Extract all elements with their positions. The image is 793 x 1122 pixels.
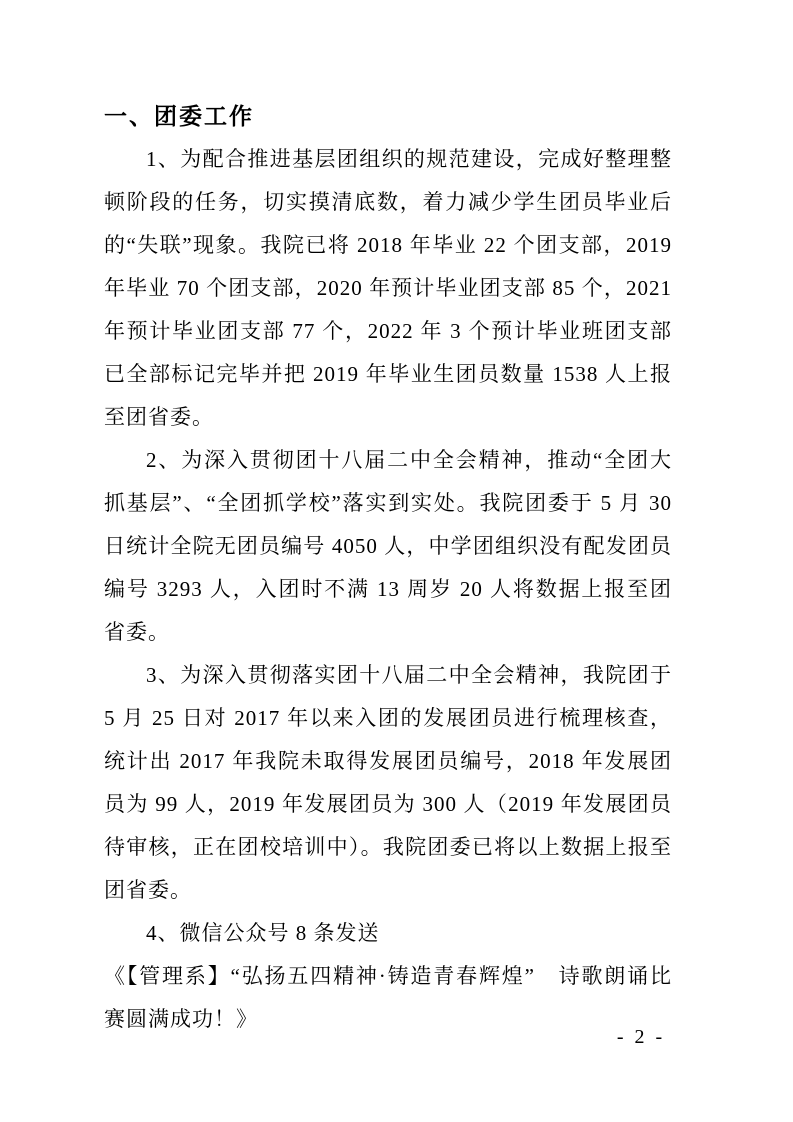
page-number: - 2 - xyxy=(608,1026,674,1048)
paragraph-2: 2、为深入贯彻团十八届二中全会精神，推动“全团大抓基层”、“全团抓学校”落实到实… xyxy=(104,439,672,654)
paragraph-3: 3、为深入贯彻落实团十八届二中全会精神，我院团于 5 月 25 日对 2017 … xyxy=(104,654,672,912)
paragraph-5-wechat-article-title: 《【管理系】“弘扬五四精神·铸造青春辉煌” 诗歌朗诵比赛圆满成功！》 xyxy=(104,955,672,1041)
paragraph-4: 4、微信公众号 8 条发送 xyxy=(104,912,672,955)
paragraph-1: 1、为配合推进基层团组织的规范建设，完成好整理整顿阶段的任务，切实摸清底数，着力… xyxy=(104,138,672,439)
section-heading: 一、团委工作 xyxy=(104,95,672,138)
document-page: 一、团委工作 1、为配合推进基层团组织的规范建设，完成好整理整顿阶段的任务，切实… xyxy=(0,0,793,1122)
document-content: 一、团委工作 1、为配合推进基层团组织的规范建设，完成好整理整顿阶段的任务，切实… xyxy=(104,95,672,1041)
